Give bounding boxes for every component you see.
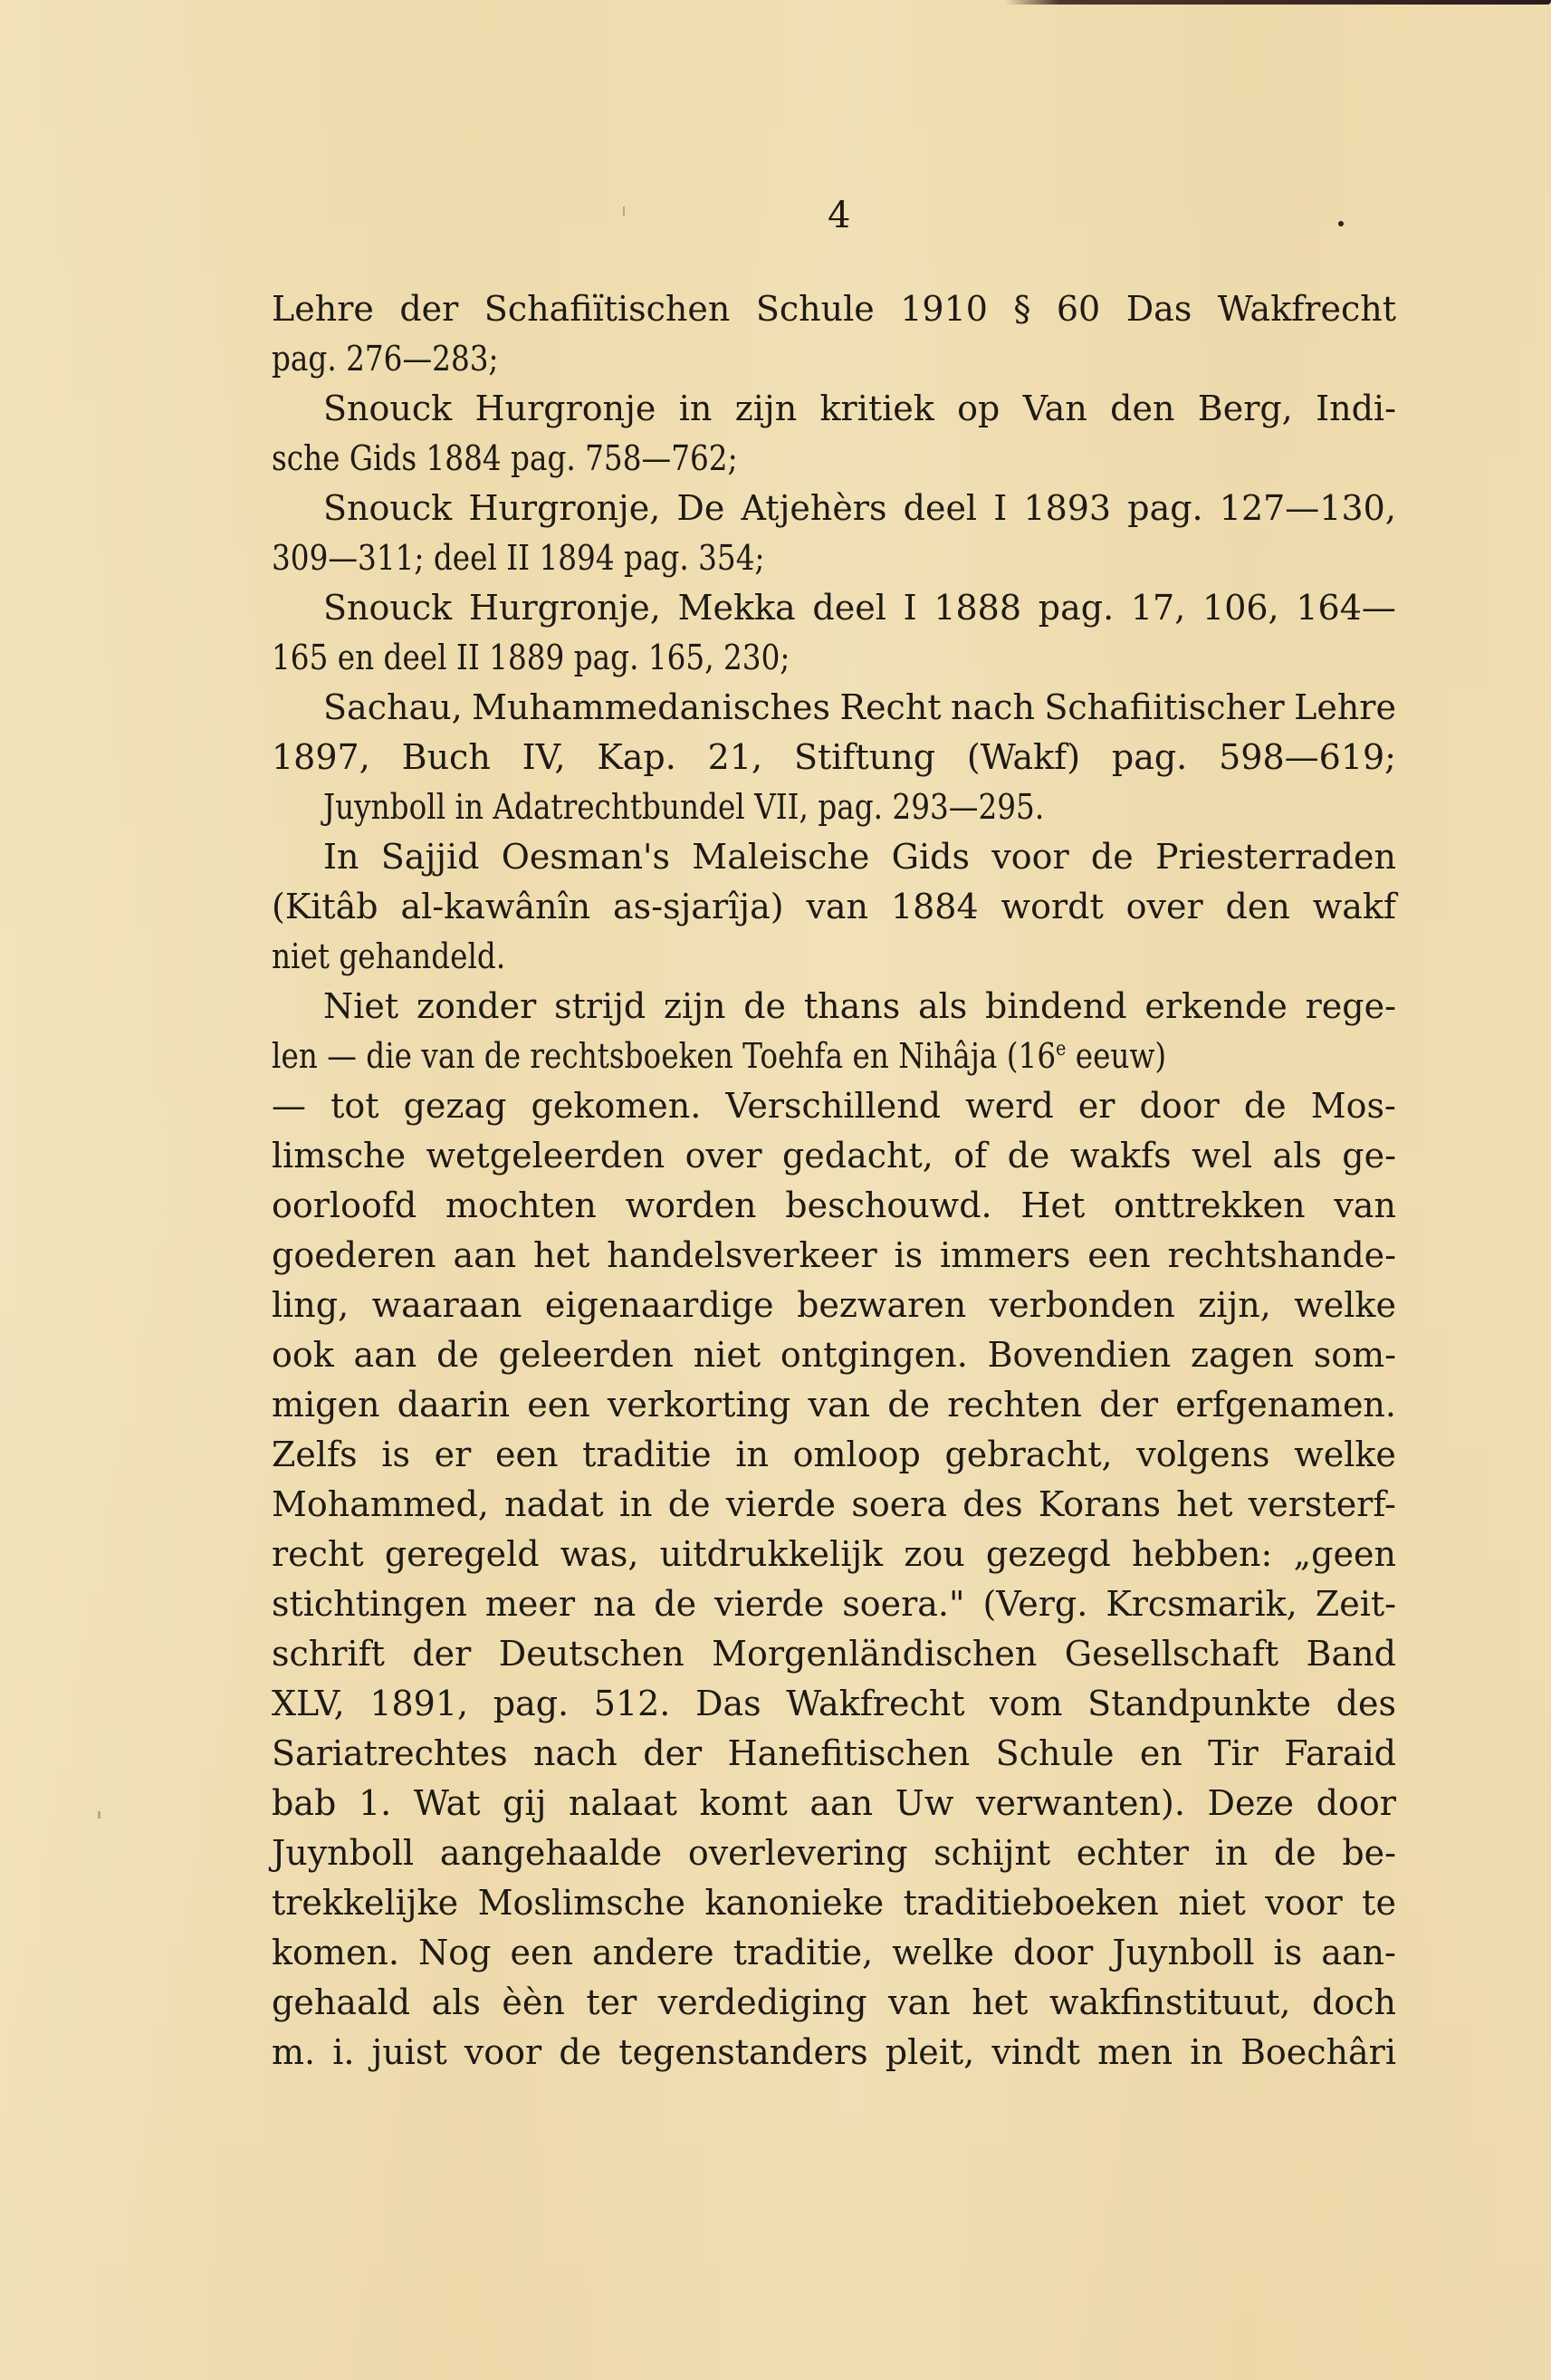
word: is (381, 1437, 410, 1472)
word: Nog (418, 1935, 491, 1970)
word: Standpunkte (1087, 1686, 1311, 1721)
text-line: len — die van de rechtsboeken Toehfa en … (272, 1039, 1166, 1073)
word: Uw (895, 1786, 954, 1820)
word: rege- (1306, 989, 1396, 1023)
word: vindt (991, 2035, 1080, 2069)
word: handelsverkeer (607, 1238, 876, 1272)
text-line: Mohammed,nadatindevierdesoeradesKoranshe… (272, 1487, 1396, 1521)
text-line: 1897,BuchIV,Kap.21,Stiftung(Wakf)pag.598… (272, 740, 1396, 774)
word: de (1244, 1089, 1287, 1123)
word: (Verg. (982, 1587, 1087, 1621)
word: in (1215, 1836, 1249, 1870)
line-text: pag. 276—283; (272, 339, 499, 379)
line-text: sche Gids 1884 pag. 758—762; (272, 438, 738, 478)
word: In (323, 840, 359, 874)
word: Schafiitischer (1044, 690, 1284, 725)
word: zijn, (1198, 1288, 1271, 1322)
word: hebben: (1132, 1537, 1272, 1571)
word: Das (695, 1686, 761, 1721)
word: de (654, 1587, 696, 1621)
word: Maleische (692, 840, 869, 874)
word: men (1097, 2035, 1173, 2069)
word: Gesellschaft (1065, 1636, 1278, 1671)
word: wel (1192, 1138, 1252, 1173)
word: meer (485, 1587, 575, 1621)
word: gezag (404, 1089, 507, 1123)
text-line: InSajjidOesman'sMaleischeGidsvoordePries… (323, 840, 1396, 874)
word: § (1013, 292, 1030, 326)
word: welke (1294, 1437, 1396, 1472)
word: der (412, 1636, 471, 1671)
word: I (993, 491, 1007, 525)
word: Oesman's (502, 840, 670, 874)
word: komt (700, 1786, 788, 1820)
word: verkorting (608, 1387, 790, 1422)
word: der (1099, 1387, 1158, 1422)
word: daarin (397, 1387, 510, 1422)
word: omloop (793, 1437, 921, 1472)
word: den (1226, 889, 1290, 924)
word: Schule (996, 1736, 1115, 1771)
word: een (527, 1387, 589, 1422)
word: Sariatrechtes (272, 1736, 508, 1771)
word: over (1126, 889, 1203, 924)
word: deel (812, 590, 886, 625)
word: Deutschen (499, 1636, 685, 1671)
word: Muhammedanisches (472, 690, 830, 725)
word: trekkelijke (272, 1886, 458, 1920)
text-line: Juynboll in Adatrechtbundel VII, pag. 29… (323, 790, 1044, 824)
word: Band (1307, 1636, 1396, 1671)
word: stichtingen (272, 1587, 467, 1621)
line-text: Juynboll in Adatrechtbundel VII, pag. 29… (323, 787, 1044, 827)
word: 21, (708, 740, 762, 774)
word: zagen (1191, 1338, 1294, 1372)
word: be- (1342, 1836, 1396, 1870)
text-line: Nietzonderstrijdzijndethansalsbindenderk… (323, 989, 1396, 1023)
word: door (1013, 1935, 1093, 1970)
text-line: bab1.WatgijnalaatkomtaanUwverwanten).Dez… (272, 1786, 1396, 1820)
word: „geen (1293, 1537, 1395, 1571)
word: 106, (1202, 590, 1279, 625)
word: aan (454, 1238, 517, 1272)
word: 17, (1131, 590, 1185, 625)
word: èèn (502, 1985, 564, 2020)
word: den (1110, 391, 1174, 426)
word: de (436, 1338, 479, 1372)
word: nadat (504, 1487, 603, 1521)
word: Van (1023, 391, 1087, 426)
word: overlevering (688, 1836, 908, 1870)
word: in (679, 391, 713, 426)
text-line: Juynbollaangehaaldeoverleveringschijntec… (272, 1836, 1396, 1870)
word: wetgeleerden (426, 1138, 665, 1173)
word: Indi- (1316, 391, 1396, 426)
word: andere (592, 1935, 714, 1970)
text-line: migendaarineenverkortingvanderechtendere… (272, 1387, 1396, 1422)
text-line: m.i.juistvoordetegenstanderspleit,vindtm… (272, 2035, 1396, 2069)
word: van (1334, 1188, 1396, 1223)
ink-speck (1338, 221, 1344, 226)
word: migen (272, 1387, 379, 1422)
word: voor (464, 2035, 541, 2069)
word: welke (892, 1935, 994, 1970)
word: IV, (522, 740, 566, 774)
word: waaraan (372, 1288, 522, 1322)
word: komen. (272, 1935, 399, 1970)
word: Hurgronje (475, 391, 656, 426)
word: Boechâri (1240, 2035, 1396, 2069)
word: over (685, 1138, 762, 1173)
scan-top-edge-shadow (1005, 0, 1551, 5)
word: als (432, 1985, 481, 2020)
word: door (1316, 1786, 1396, 1820)
word: traditie, (733, 1935, 874, 1970)
word: voor (1265, 1886, 1342, 1920)
word: gebracht, (944, 1437, 1112, 1472)
word: er (435, 1437, 472, 1472)
word: schijnt (933, 1836, 1050, 1870)
word: Schafiïtischen (484, 292, 731, 326)
word: Atjehèrs (742, 491, 887, 525)
word: kritiek (820, 391, 934, 426)
word: pag. (1127, 491, 1202, 525)
word: de (668, 1487, 711, 1521)
word: een (495, 1437, 558, 1472)
word: zijn (735, 391, 797, 426)
word: rechtshande- (1168, 1238, 1396, 1272)
word: in (735, 1437, 769, 1472)
text-line: SariatrechtesnachderHanefitischenSchulee… (272, 1736, 1396, 1771)
word: Lehre (1294, 690, 1396, 725)
word: bab (272, 1786, 336, 1820)
word: der (399, 292, 458, 326)
word: al-kawânîn (401, 889, 591, 924)
word: op (957, 391, 1000, 426)
text-line: LehrederSchafiïtischenSchule1910§60DasWa… (272, 292, 1396, 326)
word: Juynboll (1112, 1935, 1254, 1970)
word: erkende (1144, 989, 1287, 1023)
word: Schule (756, 292, 875, 326)
word: Wat (414, 1786, 481, 1820)
word: gekomen. (531, 1089, 702, 1123)
word: tot (330, 1089, 378, 1123)
text-line: schriftderDeutschenMorgenländischenGesel… (272, 1636, 1396, 1671)
word: vierde (714, 1587, 824, 1621)
word: te (1362, 1886, 1396, 1920)
text-line: rechtgeregeldwas,uitdrukkelijkzougezegdh… (272, 1537, 1396, 1571)
word: doch (1312, 1985, 1396, 2020)
word: gezegd (986, 1537, 1111, 1571)
word: vierde (726, 1487, 836, 1521)
word: 1897, (272, 740, 370, 774)
word: Morgenländischen (712, 1636, 1037, 1671)
word: de (1274, 1836, 1316, 1870)
text-line: sche Gids 1884 pag. 758—762; (272, 441, 738, 475)
word: ook (272, 1338, 334, 1372)
line-text: len — die van de rechtsboeken Toehfa en … (272, 1036, 1056, 1076)
word: Sajjid (381, 840, 480, 874)
text-line: SnouckHurgronje,MekkadeelI1888pag.17,106… (323, 590, 1396, 625)
word: Snouck (323, 590, 452, 625)
word: wordt (1001, 889, 1104, 924)
text-line: trekkelijkeMoslimschekanonieketraditiebo… (272, 1886, 1396, 1920)
word: 598—619; (1219, 740, 1396, 774)
word: Krcsmarik, (1106, 1587, 1297, 1621)
word: kanonieke (704, 1886, 884, 1920)
word: als (1273, 1138, 1322, 1173)
word: is (894, 1238, 923, 1272)
word: schrift (272, 1636, 385, 1671)
word: beschouwd. (785, 1188, 991, 1223)
word: 1. (359, 1786, 391, 1820)
word: gedacht, (782, 1138, 933, 1173)
word: Buch (402, 740, 491, 774)
word: niet (1178, 1886, 1245, 1920)
word: Hurgronje, (469, 590, 661, 625)
word: pag. (493, 1686, 569, 1721)
word: soera (851, 1487, 947, 1521)
word: 512. (594, 1686, 671, 1721)
word: der (643, 1736, 702, 1771)
line-text: 309—311; deel II 1894 pag. 354; (272, 538, 765, 578)
word: was, (560, 1537, 639, 1571)
line-text: 165 en deel II 1889 pag. 165, 230; (272, 638, 790, 677)
word: 1888 (933, 590, 1021, 625)
word: 127—130, (1220, 491, 1396, 525)
word: Hanefitischen (728, 1736, 971, 1771)
paper-speck (98, 1811, 101, 1819)
word: geregeld (385, 1537, 540, 1571)
word: van (888, 1985, 951, 2020)
word: zonder (416, 989, 536, 1023)
word: ge- (1342, 1138, 1396, 1173)
word: Priesterraden (1155, 840, 1396, 874)
text-line: stichtingenmeernadevierdesoera."(Verg.Kr… (272, 1587, 1396, 1621)
text-line: gehaaldalsèènterverdedigingvanhetwakfins… (272, 1985, 1396, 2020)
word: m. (272, 2035, 315, 2069)
word: Zelfs (272, 1437, 358, 1472)
word: Das (1126, 292, 1192, 326)
word: Bovendien (988, 1338, 1172, 1372)
word: pag. (1039, 590, 1114, 625)
text-line: niet gehandeld. (272, 939, 505, 974)
word: Snouck (323, 491, 452, 525)
word: Juynboll (272, 1836, 414, 1870)
word: werd (965, 1089, 1054, 1123)
word: de (1091, 840, 1134, 874)
word: wakf (1313, 889, 1396, 924)
word: immers (940, 1238, 1070, 1272)
word: limsche (272, 1138, 406, 1173)
text-line: goederenaanhethandelsverkeerisimmerseenr… (272, 1238, 1396, 1272)
word: thans (804, 989, 900, 1023)
word: de (743, 989, 786, 1023)
word: vom (990, 1686, 1062, 1721)
text-line: Sachau,MuhammedanischesRechtnachSchafiit… (323, 690, 1396, 725)
word: eigenaardige (545, 1288, 774, 1322)
word: Niet (323, 989, 398, 1023)
text-line: pag. 276—283; (272, 341, 499, 376)
word: pleit, (886, 2035, 974, 2069)
word: zijn (664, 989, 725, 1023)
word: door (1140, 1089, 1220, 1123)
text-line: SnouckHurgronjeinzijnkritiekopVandenBerg… (323, 391, 1396, 426)
word: Mekka (678, 590, 796, 625)
word: rechten (947, 1387, 1082, 1422)
word: des (1336, 1686, 1396, 1721)
word: verbonden (990, 1288, 1175, 1322)
text-line: —totgezaggekomen.Verschillendwerderdoord… (272, 1089, 1396, 1123)
word: een (511, 1935, 573, 1970)
word: en (1140, 1736, 1182, 1771)
word: versterf- (1249, 1487, 1396, 1521)
word: Recht (839, 690, 941, 725)
word: bindend (985, 989, 1127, 1023)
word: ling, (272, 1288, 349, 1322)
word: bezwaren (797, 1288, 966, 1322)
word: de (887, 1387, 930, 1422)
word: de (1008, 1138, 1050, 1173)
word: Zeit- (1316, 1587, 1396, 1621)
word: erfgenamen. (1175, 1387, 1396, 1422)
word: 1891, (369, 1686, 468, 1721)
text-line: komen.Nogeenanderetraditie,welkedoorJuyn… (272, 1935, 1396, 1970)
word: Lehre (272, 292, 374, 326)
line-text: niet gehandeld. (272, 936, 505, 976)
word: worden (626, 1188, 757, 1223)
word: in (619, 1487, 653, 1521)
word: Sachau, (323, 690, 463, 725)
word: (Wakf) (967, 740, 1080, 774)
word: Wakfrecht (786, 1686, 964, 1721)
word: deel (904, 491, 977, 525)
word: (Kitâb (272, 889, 378, 924)
text-line: oorloofdmochtenwordenbeschouwd.Hetonttre… (272, 1188, 1396, 1223)
word: as-sjarîja) (613, 889, 784, 924)
text-line: SnouckHurgronje,DeAtjehèrsdeelI1893pag.1… (323, 491, 1396, 525)
word: tegenstanders (618, 2035, 867, 2069)
word: Snouck (323, 391, 452, 426)
word: nach (951, 690, 1035, 725)
word: nach (533, 1736, 618, 1771)
text-line: (Kitâbal-kawânînas-sjarîja)van1884wordto… (272, 889, 1396, 924)
word: Hurgronje, (468, 491, 660, 525)
word: is (1274, 1935, 1303, 1970)
word: zou (904, 1537, 964, 1571)
word: als (918, 989, 967, 1023)
word: Het (1020, 1188, 1085, 1223)
word: mochten (445, 1188, 597, 1223)
word: ontgingen. (780, 1338, 968, 1372)
word: De (676, 491, 724, 525)
text-line: 309—311; deel II 1894 pag. 354; (272, 541, 765, 575)
word: echter (1077, 1836, 1189, 1870)
word: het (972, 1985, 1028, 2020)
word: Berg, (1198, 391, 1293, 426)
text-line: limschewetgeleerdenovergedacht,ofdewakfs… (272, 1138, 1396, 1173)
word: Deze (1208, 1786, 1294, 1820)
word: onttrekken (1114, 1188, 1306, 1223)
word: ter (586, 1985, 637, 2020)
word: het (1176, 1487, 1232, 1521)
word: Mohammed, (272, 1487, 489, 1521)
paper-speck (623, 206, 625, 216)
word: Verschillend (725, 1089, 941, 1123)
word: goederen (272, 1238, 436, 1272)
word: gehaald (272, 1985, 410, 2020)
word: de (559, 2035, 601, 2069)
word: XLV, (272, 1686, 345, 1721)
word: het (533, 1238, 589, 1272)
word: nalaat (569, 1786, 677, 1820)
word: verdediging (658, 1985, 867, 2020)
word: in (1190, 2035, 1223, 2069)
word: Gids (892, 840, 970, 874)
word: traditie (582, 1437, 711, 1472)
line-text-after: eeuw) (1066, 1036, 1166, 1076)
word: des (962, 1487, 1022, 1521)
word: 60 (1057, 292, 1100, 326)
word: een (1087, 1238, 1150, 1272)
word: I (904, 590, 917, 625)
word: geleerden (499, 1338, 674, 1372)
word: i. (332, 2035, 354, 2069)
page-number: 4 (828, 197, 850, 234)
text-line: ookaandegeleerdennietontgingen.Bovendien… (272, 1338, 1396, 1372)
text-line: 165 en deel II 1889 pag. 165, 230; (272, 640, 790, 675)
word: Mos- (1311, 1089, 1396, 1123)
word: voor (991, 840, 1068, 874)
word: recht (272, 1537, 364, 1571)
word: Kap. (597, 740, 675, 774)
word: van (806, 889, 868, 924)
text-line: ling,waaraaneigenaardigebezwarenverbonde… (272, 1288, 1396, 1322)
word: aangehaalde (440, 1836, 662, 1870)
word: wakfs (1070, 1138, 1172, 1173)
word: na (593, 1587, 636, 1621)
word: Korans (1039, 1487, 1161, 1521)
word: strijd (554, 989, 646, 1023)
word: er (1078, 1089, 1115, 1123)
word: traditieboeken (904, 1886, 1159, 1920)
word: Wakfrecht (1218, 292, 1396, 326)
word: 1884 (891, 889, 979, 924)
word: juist (372, 2035, 447, 2069)
word: Faraid (1284, 1736, 1396, 1771)
word: volgens (1136, 1437, 1269, 1472)
word: Stiftung (794, 740, 935, 774)
word: of (953, 1138, 987, 1173)
word: aan (354, 1338, 417, 1372)
word: soera." (842, 1587, 964, 1621)
word: niet (694, 1338, 761, 1372)
word: 1893 (1023, 491, 1111, 525)
superscript: e (1056, 1038, 1066, 1060)
word: Tir (1208, 1736, 1259, 1771)
word: verwanten). (976, 1786, 1185, 1820)
text-line: XLV,1891,pag.512.DasWakfrechtvomStandpun… (272, 1686, 1396, 1721)
word: aan (809, 1786, 873, 1820)
word: som- (1314, 1338, 1396, 1372)
word: — (272, 1089, 306, 1123)
word: 1910 (900, 292, 988, 326)
text-line: Zelfsisereentraditieinomloopgebracht,vol… (272, 1437, 1396, 1472)
word: Moslimsche (478, 1886, 685, 1920)
word: aan- (1321, 1935, 1396, 1970)
word: pag. (1112, 740, 1187, 774)
word: van (808, 1387, 870, 1422)
